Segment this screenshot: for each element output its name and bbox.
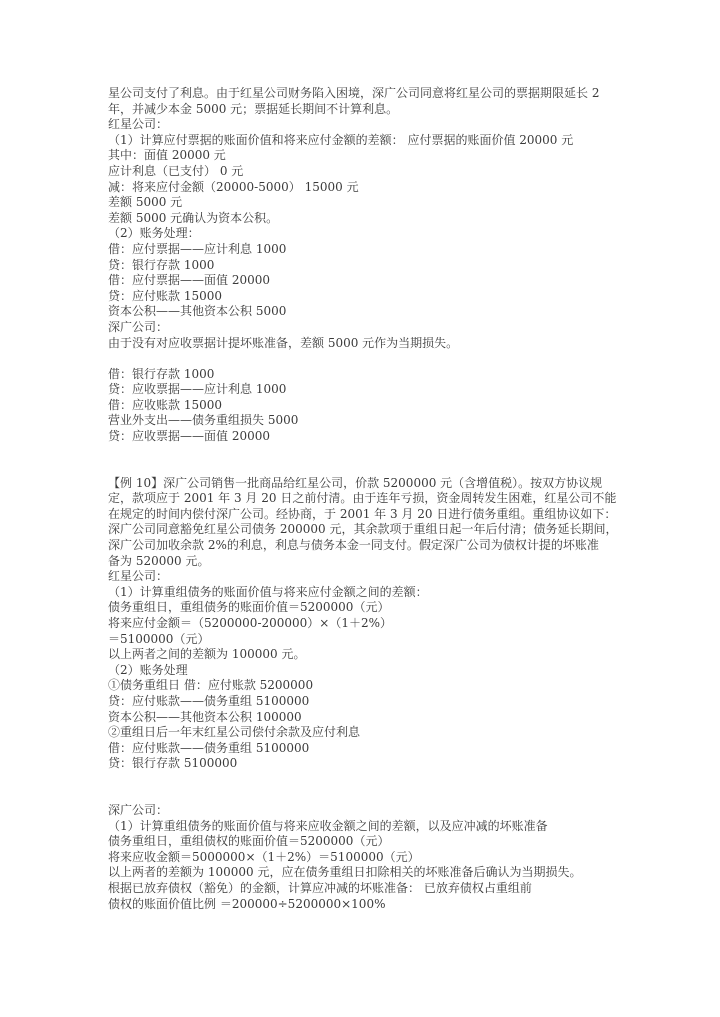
example-heading: 【例 10】深广公司销售一批商品给红星公司，价款 5200000 元（含增值税）… — [108, 476, 608, 492]
text-line: 年，并减少本金 5000 元；票据延长期间不计算利息。 — [108, 102, 608, 118]
text-line: 应计利息（已支付） 0 元 — [108, 164, 608, 180]
text-line: （2）账务处理 — [108, 663, 608, 679]
text-line: 深广公司同意豁免红星公司债务 200000 元，其余款项于重组日起一年后付清；债… — [108, 522, 608, 538]
journal-entry: 借：应收账款 15000 — [108, 398, 608, 414]
section-heading: 红星公司： — [108, 569, 608, 585]
text-line: 将来应收金额＝5000000×（1＋2%）＝5100000（元） — [108, 850, 608, 866]
journal-entry: 贷：应付账款——债务重组 5100000 — [108, 694, 608, 710]
text-line: 减：将来应付金额（20000-5000） 15000 元 — [108, 180, 608, 196]
journal-entry: 贷：应付账款 15000 — [108, 289, 608, 305]
journal-entry: 贷：银行存款 1000 — [108, 258, 608, 274]
journal-entry: 贷：应收票据——面值 20000 — [108, 429, 608, 445]
journal-entry: 借：应付票据——面值 20000 — [108, 273, 608, 289]
text-line: 由于没有对应收票据计提坏账准备，差额 5000 元作为当期损失。 — [108, 336, 608, 352]
journal-entry: ①债务重组日 借：应付账款 5200000 — [108, 678, 608, 694]
spacer — [108, 445, 608, 476]
text-line: 其中：面值 20000 元 — [108, 148, 608, 164]
spacer — [108, 351, 608, 367]
document-page: 星公司支付了利息。由于红星公司财务陷入困境，深广公司同意将红星公司的票据期限延长… — [108, 86, 608, 912]
section-heading: 深广公司： — [108, 320, 608, 336]
text-line: ＝5100000（元） — [108, 632, 608, 648]
journal-entry: 贷：应收票据——应计利息 1000 — [108, 382, 608, 398]
text-line: 债务重组日，重组债权的账面价值＝5200000（元） — [108, 834, 608, 850]
text-line: 将来应付金额＝（5200000-200000）×（1＋2%） — [108, 616, 608, 632]
journal-entry: 借：应付账款——债务重组 5100000 — [108, 741, 608, 757]
text-line: 差额 5000 元确认为资本公积。 — [108, 211, 608, 227]
text-line: 星公司支付了利息。由于红星公司财务陷入困境，深广公司同意将红星公司的票据期限延长… — [108, 86, 608, 102]
text-line: （2）账务处理： — [108, 226, 608, 242]
text-line: 以上两者之间的差额为 100000 元。 — [108, 647, 608, 663]
section-example-10: 【例 10】深广公司销售一批商品给红星公司，价款 5200000 元（含增值税）… — [108, 476, 608, 772]
text-line: 在规定的时间内偿付深广公司。经协商，于 2001 年 3 月 20 日进行债务重… — [108, 507, 608, 523]
journal-entry: 营业外支出——债务重组损失 5000 — [108, 413, 608, 429]
journal-entry: 贷：银行存款 5100000 — [108, 756, 608, 772]
text-line: 定，款项应于 2001 年 3 月 20 日之前付清。由于连年亏损，资金周转发生… — [108, 491, 608, 507]
journal-entry: 资本公积——其他资本公积 5000 — [108, 304, 608, 320]
section-hongxing-notes: 星公司支付了利息。由于红星公司财务陷入困境，深广公司同意将红星公司的票据期限延长… — [108, 86, 608, 351]
section-shenguang-calc: 深广公司： （1）计算重组债务的账面价值与将来应收金额之间的差额，以及应冲减的坏… — [108, 803, 608, 912]
text-line: 红星公司： — [108, 117, 608, 133]
text-line: （1）计算重组债务的账面价值与将来应付金额之间的差额： — [108, 585, 608, 601]
text-line: 深广公司加收余款 2%的利息，利息与债务本金一同支付。假定深广公司为债权计提的坏… — [108, 538, 608, 554]
text-line: 债权的账面价值比例 ＝200000÷5200000×100% — [108, 897, 608, 913]
journal-entry: 借：银行存款 1000 — [108, 367, 608, 383]
text-line: 根据已放弃债权（豁免）的金额，计算应冲减的坏账准备： 已放弃债权占重组前 — [108, 881, 608, 897]
section-shenguang-entries: 借：银行存款 1000 贷：应收票据——应计利息 1000 借：应收账款 150… — [108, 367, 608, 445]
journal-entry: 资本公积——其他资本公积 100000 — [108, 710, 608, 726]
text-line: （1）计算应付票据的账面价值和将来应付金额的差额： 应付票据的账面价值 2000… — [108, 133, 608, 149]
text-line: 债务重组日，重组债务的账面价值＝5200000（元） — [108, 600, 608, 616]
text-line: 以上两者的差额为 100000 元，应在债务重组日扣除相关的坏账准备后确认为当期… — [108, 865, 608, 881]
spacer — [108, 772, 608, 803]
text-line: 备为 520000 元。 — [108, 554, 608, 570]
text-line: （1）计算重组债务的账面价值与将来应收金额之间的差额，以及应冲减的坏账准备 — [108, 819, 608, 835]
section-heading: 深广公司： — [108, 803, 608, 819]
journal-entry: 借：应付票据——应计利息 1000 — [108, 242, 608, 258]
text-line: ②重组日后一年末红星公司偿付余款及应付利息 — [108, 725, 608, 741]
text-line: 差额 5000 元 — [108, 195, 608, 211]
